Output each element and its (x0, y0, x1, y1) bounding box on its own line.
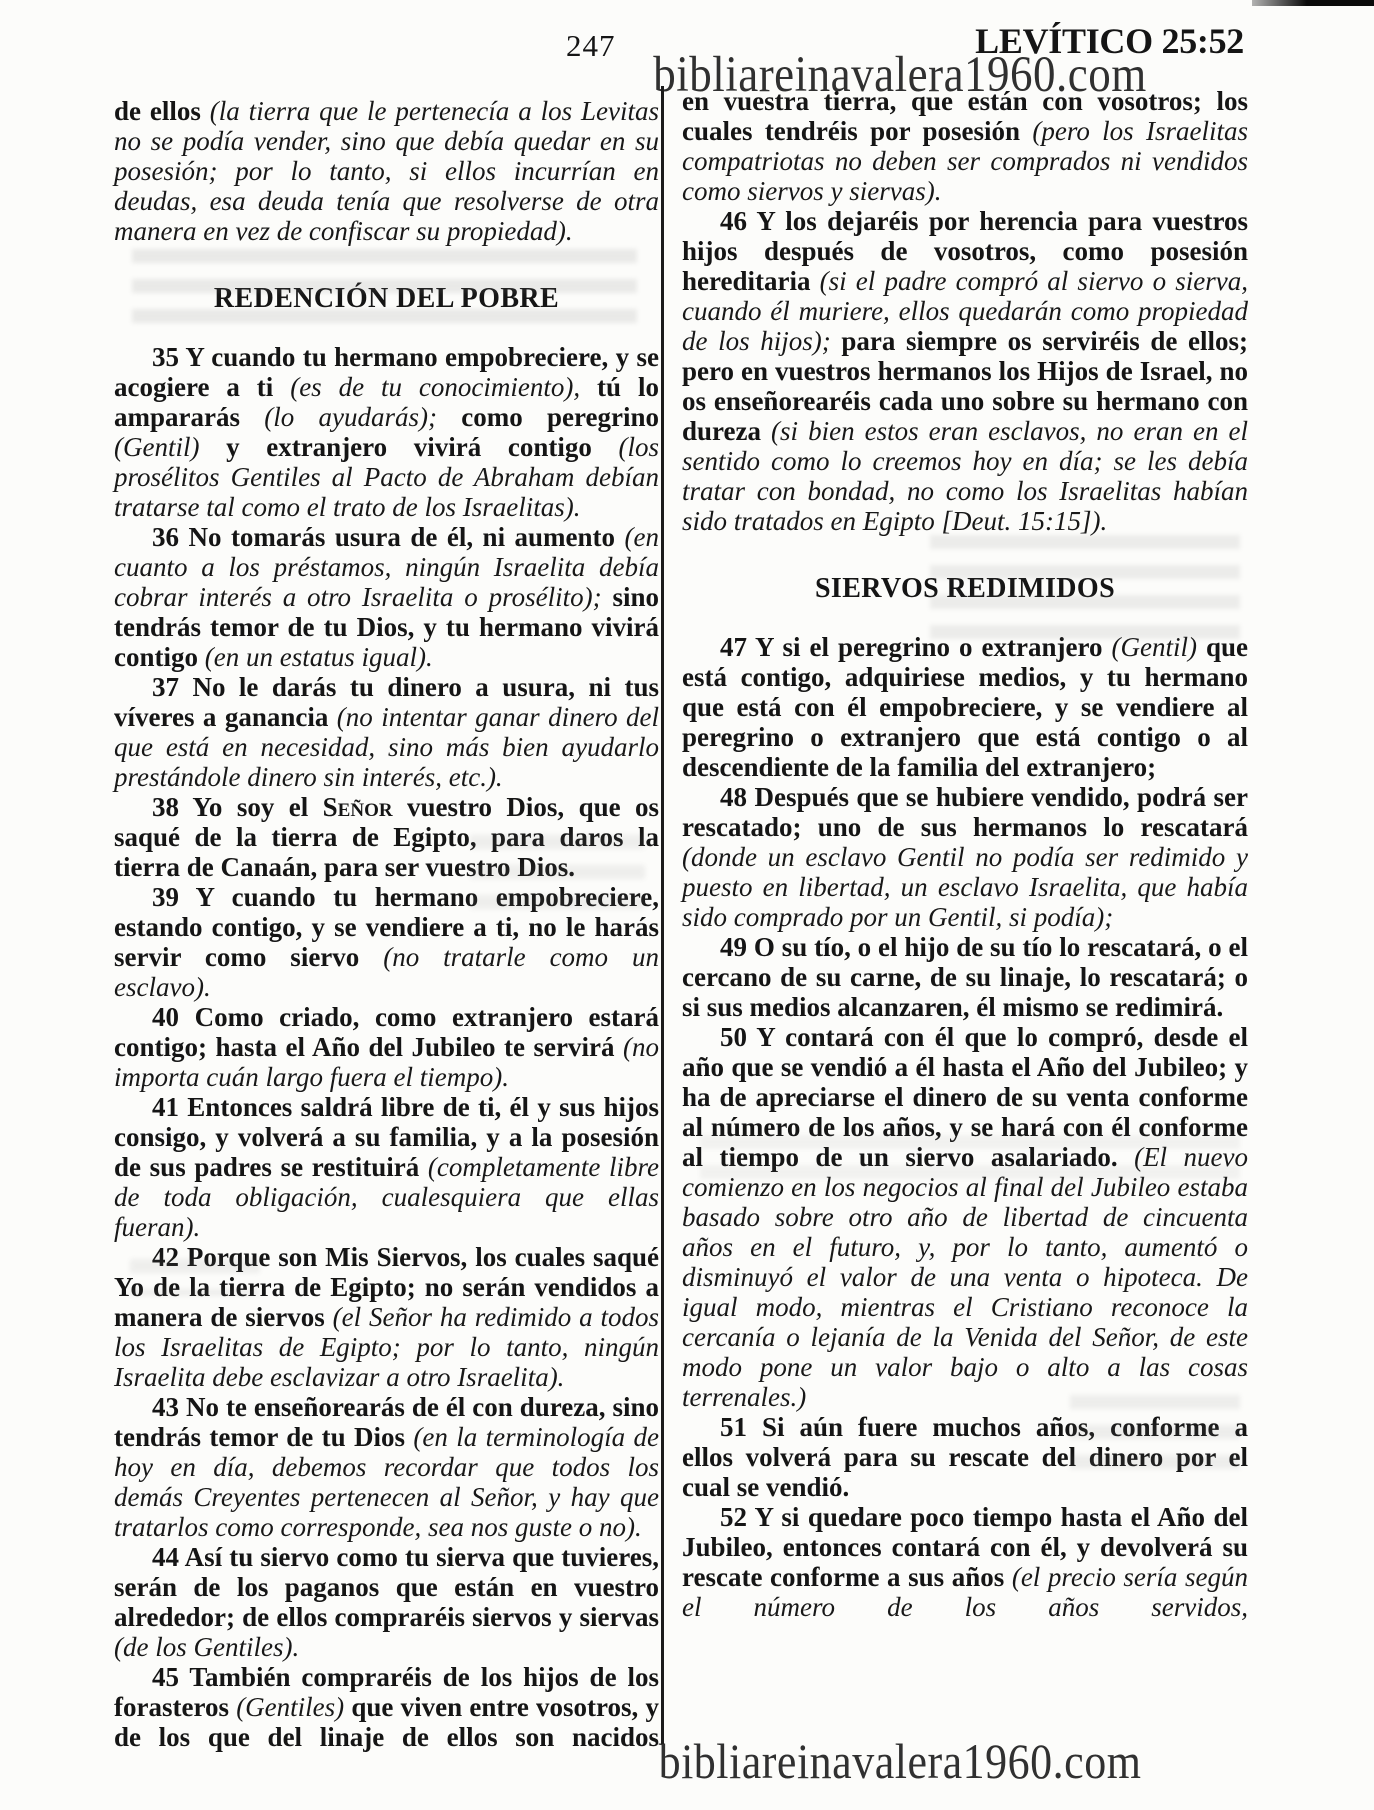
verse-paragraph: 40 Como criado, como extranjero estará c… (114, 1002, 659, 1092)
verse-paragraph: 46 Y los dejaréis por herencia para vues… (682, 206, 1248, 536)
scripture-run: 51 Si aún fuere muchos años, conforme a … (682, 1412, 1248, 1502)
verse-paragraph: 38 Yo soy el Señor vuestro Dios, que os … (114, 792, 659, 882)
verse-paragraph: 43 No te enseñorearás de él con dureza, … (114, 1392, 659, 1542)
watermark-bottom: bibliareinavalera1960.com (460, 1732, 1340, 1790)
scripture-run: 49 O su tío, o el hijo de su tío lo resc… (682, 932, 1248, 1022)
commentary-run: (El nuevo comienzo en los negocios al fi… (682, 1142, 1248, 1412)
verse-paragraph: 36 No tomarás usura de él, ni aumento (e… (114, 522, 659, 672)
verse-paragraph: 49 O su tío, o el hijo de su tío lo resc… (682, 932, 1248, 1022)
verse-paragraph: 35 Y cuando tu hermano empobreciere, y s… (114, 342, 659, 522)
commentary-run: (lo ayudarás); (264, 402, 437, 432)
commentary-run: (Gentil) (1111, 632, 1196, 662)
section-heading: REDENCIÓN DEL POBRE (114, 284, 659, 314)
commentary-run: (es de tu conocimiento), (290, 372, 580, 402)
commentary-run: (de los Gentiles). (114, 1632, 299, 1662)
scripture-run: de ellos (114, 96, 210, 126)
section-heading: SIERVOS REDIMIDOS (682, 574, 1248, 604)
verse-paragraph: 51 Si aún fuere muchos años, conforme a … (682, 1412, 1248, 1502)
watermark-top: bibliareinavalera1960.com (470, 44, 1330, 103)
commentary-run: (donde un esclavo Gentil no podía ser re… (682, 842, 1248, 932)
scanned-bible-page: 247 LEVÍTICO 25:52 bibliareinavalera1960… (0, 0, 1374, 1810)
scripture-run: 36 No tomarás usura de él, ni aumento (152, 522, 625, 552)
left-text-column: de ellos (la tierra que le pertenecía a … (114, 96, 659, 1752)
verse-paragraph: 52 Y si quedare poco tiempo hasta el Año… (682, 1502, 1248, 1622)
verse-paragraph: 50 Y contará con él que lo compró, desde… (682, 1022, 1248, 1412)
divine-name-run: Señor (323, 792, 393, 822)
verse-paragraph: en vuestra tierra, que están con vosotro… (682, 86, 1248, 206)
commentary-run: (en un estatus igual). (205, 642, 433, 672)
verse-paragraph: 41 Entonces saldrá libre de ti, él y sus… (114, 1092, 659, 1242)
verse-paragraph: 44 Así tu siervo como tu sierva que tuvi… (114, 1542, 659, 1662)
scripture-run: 44 Así tu siervo como tu sierva que tuvi… (114, 1542, 659, 1632)
verse-paragraph: de ellos (la tierra que le pertenecía a … (114, 96, 659, 246)
right-text-column: en vuestra tierra, que están con vosotro… (682, 86, 1248, 1622)
verse-paragraph: 48 Después que se hubiere vendido, podrá… (682, 782, 1248, 932)
commentary-run: (Gentil) (114, 432, 199, 462)
column-divider-rule (661, 86, 664, 1744)
verse-paragraph: 47 Y si el peregrino o extranjero (Genti… (682, 632, 1248, 782)
verse-paragraph: 39 Y cuando tu hermano empobreciere, est… (114, 882, 659, 1002)
scripture-run: como peregrino (437, 402, 659, 432)
scripture-run: 38 Yo soy el (152, 792, 323, 822)
scripture-run: 40 Como criado, como extranjero estará c… (114, 1002, 659, 1062)
scripture-run: 47 Y si el peregrino o extranjero (720, 632, 1111, 662)
scripture-run: 48 Después que se hubiere vendido, podrá… (682, 782, 1248, 842)
verse-paragraph: 37 No le darás tu dinero a usura, ni tus… (114, 672, 659, 792)
verse-paragraph: 42 Porque son Mis Siervos, los cuales sa… (114, 1242, 659, 1392)
commentary-run: (Gentiles) (236, 1692, 344, 1722)
scan-edge-artifact (1252, 0, 1374, 6)
scripture-run: y extranjero vivirá contigo (199, 432, 618, 462)
